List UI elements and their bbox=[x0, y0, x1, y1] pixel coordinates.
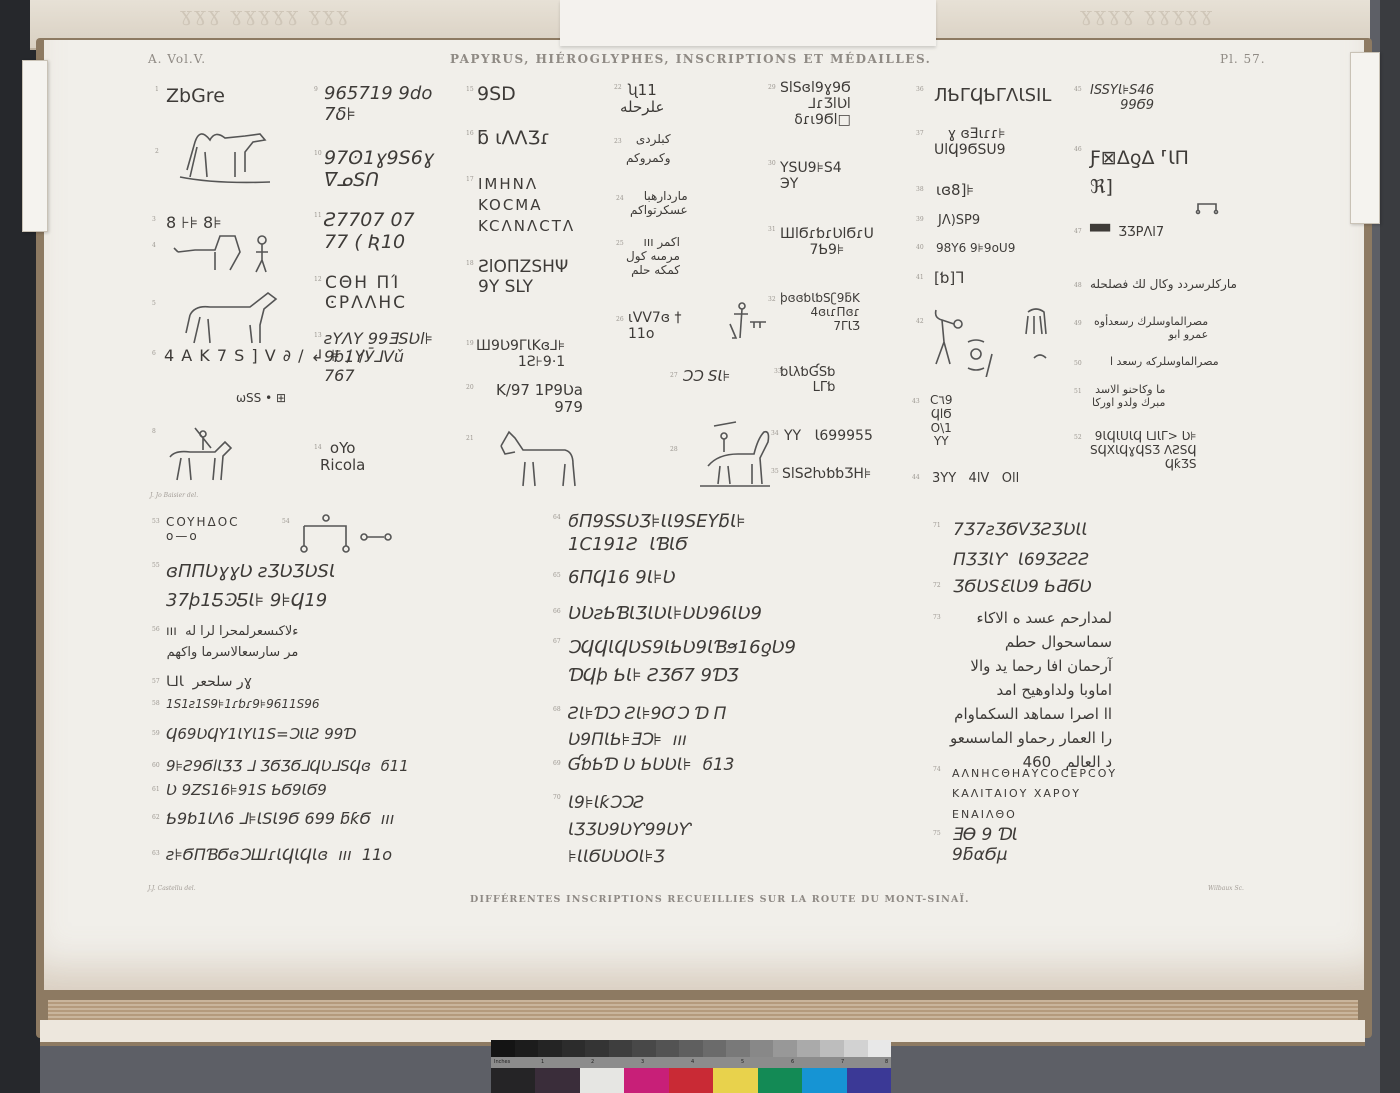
inscription-number: 68 bbox=[553, 706, 561, 713]
inscription-66: ƲƲƨƄƁƖƷƖƲƖ⊧ƲƲ96ƖƲ9 bbox=[568, 604, 762, 625]
color-swatch bbox=[669, 1068, 713, 1093]
inscription-number: 3 bbox=[152, 216, 156, 223]
paper-flag-left bbox=[22, 60, 48, 232]
inscription-26: ɩVV7ɞ † 11o bbox=[628, 310, 682, 342]
inscription-number: 69 bbox=[553, 760, 561, 767]
inscription-65: 6ΠϤ16 9Ɩ⊧Ʋ bbox=[568, 568, 675, 589]
inscription-59: Ϥ69ƲϤY1ƖYƖ1S=ƆƖƖƧ 99Ɗ bbox=[166, 726, 356, 743]
inscription-44: 3YY 4lV Oll bbox=[932, 472, 1019, 487]
inscription-number: 56 bbox=[152, 626, 160, 633]
inscription-number: 72 bbox=[933, 582, 941, 589]
section-title: PAPYRUS, HIÉROGLYPHES, INSCRIPTIONS ET M… bbox=[450, 52, 931, 66]
ruler-tick: 8 bbox=[885, 1059, 888, 1065]
inscription-number: 38 bbox=[916, 186, 924, 193]
inscription-34: YY Ɩ699955 bbox=[784, 428, 873, 444]
inscription-45: ISSYƖ⊧S46 99Ϭ9 bbox=[1090, 84, 1154, 114]
engraver-credit: Wilbaux Sc. bbox=[1208, 885, 1244, 892]
inscription-number: 43 bbox=[912, 398, 920, 405]
inscription-32: ϸɞɞƅƖƅSʗ9ƃK 4ɞɩɾΠɞɾ 7ΓƖƷ bbox=[780, 292, 860, 333]
inscription-number: 41 bbox=[916, 274, 924, 281]
inscription-number: 10 bbox=[314, 150, 322, 157]
color-swatch bbox=[624, 1068, 668, 1093]
inscription-46: Ƒ⊠ΔƍΔ ⸢ƖΠ ℜ] bbox=[1090, 144, 1189, 201]
gray-step bbox=[585, 1040, 609, 1057]
inscription-number: 28 bbox=[670, 446, 678, 453]
inscription-number: 25 bbox=[616, 240, 624, 247]
background-right bbox=[1380, 0, 1400, 1093]
inscription-number: 58 bbox=[152, 700, 160, 707]
inscription-68: ƧƖ⊧ƊƆ ƧƖ⊧9ƠƆ Ɗ Π Ʋ9ΠƖƄ⊧ƎƆ⊧ ııı bbox=[568, 702, 726, 753]
inscription-51: ما وكاحنو الاسد مبرك ولدو اوركا bbox=[1092, 384, 1165, 409]
figures-drawing bbox=[708, 300, 768, 349]
inscription-50: مصرالماوسلركه رسعد ا bbox=[1110, 356, 1219, 369]
inscription-72: ƷϬƲSƐƖƲ9 ƄƋϬƲ bbox=[953, 578, 1092, 598]
color-swatch bbox=[758, 1068, 802, 1093]
inscription-17: IMHNΛ KOCMΑ KCΛNΛCTΛ bbox=[478, 174, 575, 237]
ruler-tick: 3 bbox=[641, 1059, 644, 1065]
inscription-1: ZbGre bbox=[166, 86, 225, 108]
gray-step bbox=[538, 1040, 562, 1057]
inscription-56: ءلاكىسعرلمحرا لرا له ııı مر سارسعالاسرما… bbox=[166, 622, 298, 664]
inscription-16: ƃ ɩΛΛƷɾ bbox=[477, 128, 550, 150]
inscription-number: 15 bbox=[466, 86, 474, 93]
inscription-number: 64 bbox=[553, 514, 561, 521]
inscription-35: SlSƧƕƅƅƷΗ⊧ bbox=[782, 466, 871, 482]
gray-step bbox=[844, 1040, 868, 1057]
gray-step bbox=[750, 1040, 774, 1057]
inscription-29: SlSɞl9ɣ9Ϭ ⅃ɾƷlƲl δɾɩ9Ϭl□ bbox=[780, 80, 851, 128]
inscription-14: oYo Ricola bbox=[320, 440, 365, 475]
inscription-number: 29 bbox=[768, 84, 776, 91]
inscription-number: 39 bbox=[916, 216, 924, 223]
gray-step bbox=[820, 1040, 844, 1057]
ruler-tick: 2 bbox=[591, 1059, 594, 1065]
inscription-25: اكمر ııı مرمىه كول كمكه حلم bbox=[626, 236, 680, 277]
inscription-43: Ϲ٦9 ϤlϬ O\1 YY bbox=[930, 394, 952, 449]
inscription-11: Ƨ7707 07 77 ( Ʀ10 bbox=[324, 210, 415, 254]
inscription-60: 9⊧Ƨ9ϬlƖƷƷ ⅃ ƷϬƷϬ⅃ϤƲ⅃SϤɞ ϭ11 bbox=[166, 758, 409, 775]
inscription-number: 18 bbox=[466, 260, 474, 267]
inscription-number: 52 bbox=[1074, 434, 1082, 441]
inscription-22: ʯ11 علرحله bbox=[620, 82, 664, 117]
ruler-tick: 5 bbox=[741, 1059, 744, 1065]
inscription-number: 12 bbox=[314, 276, 322, 283]
gray-step bbox=[609, 1040, 633, 1057]
inscription-49: مصرالماوسلرك رسعدأوه عمرو ابو bbox=[1094, 316, 1208, 341]
camel-drawing bbox=[175, 122, 275, 196]
gray-step bbox=[515, 1040, 539, 1057]
small-bracket-glyph bbox=[1194, 200, 1220, 219]
inscription-64: ϭΠ9SSƲƷ⊧ƖƖ9SEYƃƖ⊧ 1C191Ƨ ƖƁƖϬ bbox=[568, 510, 746, 557]
paper-flag-right bbox=[1350, 52, 1380, 224]
inscription-36: ЛƄΓϤƄΓΛƖSIL bbox=[934, 86, 1051, 107]
inscription-number: 60 bbox=[152, 762, 160, 769]
inscription-74: ΑΛΝΗCΘΗΑΥCΟCΕΡCΟΥ ΚΑΛΙΤΑΙΟΥ ΧΑΡΟΥ ΕΝΑΙΛΘ… bbox=[952, 764, 1117, 825]
inscription-number: 40 bbox=[916, 244, 924, 251]
plate-caption: DIFFÉRENTES INSCRIPTIONS RECUEILLIES SUR… bbox=[470, 894, 970, 905]
draftsman-credit-bottom: J.J. Castellu del. bbox=[148, 885, 196, 892]
inscription-63: ƨ⊧ϬΠƁϬɞƆШɾƖϤƖϤƖɞ ııı 11o bbox=[166, 846, 392, 864]
inscription-12: ϹΘΗ ΠΊ ϾΡΛΛΗϹ bbox=[325, 274, 407, 313]
gray-step bbox=[726, 1040, 750, 1057]
inscription-number: 30 bbox=[768, 160, 776, 167]
animal-figure-drawing bbox=[170, 230, 275, 282]
inscription-number: 50 bbox=[1074, 360, 1082, 367]
inscription-number: 23 bbox=[614, 138, 622, 145]
horse-drawing bbox=[180, 285, 280, 351]
color-swatch bbox=[802, 1068, 846, 1093]
inscription-number: 49 bbox=[1074, 320, 1082, 327]
inscription-number: 71 bbox=[933, 522, 941, 529]
ruler-label: Inches bbox=[494, 1059, 510, 1065]
ruler-tick: 4 bbox=[691, 1059, 694, 1065]
inscription-24: ماردارهبا عسكرتواكم bbox=[630, 190, 688, 218]
inscription-number: 74 bbox=[933, 766, 941, 773]
inscription-number: 45 bbox=[1074, 86, 1082, 93]
gray-scale bbox=[491, 1040, 891, 1057]
inscription-number: 9 bbox=[314, 86, 318, 93]
inscription-number: 42 bbox=[916, 318, 924, 325]
inscription-number: 70 bbox=[553, 794, 561, 801]
inscription-number: 51 bbox=[1074, 388, 1082, 395]
inscription-number: 57 bbox=[152, 678, 160, 685]
inscription-55: ɞΠΠƲɣɣƲ ƨƷƲƷƲSƖ 37ϸ1ƼϿƼƖ⊧ 9⊧Ϥ19 bbox=[166, 558, 335, 616]
monogram-drawing bbox=[294, 512, 394, 558]
inscription-number: 35 bbox=[771, 468, 779, 475]
inscription-number: 37 bbox=[916, 130, 924, 137]
figure-hieroglyph-drawing bbox=[928, 302, 1058, 381]
inscription-number: 24 bbox=[616, 195, 624, 202]
inscription-number: 34 bbox=[771, 430, 779, 437]
ruler-tick: 6 bbox=[791, 1059, 794, 1065]
color-swatch bbox=[847, 1068, 891, 1093]
inscription-15: 9SD bbox=[477, 84, 516, 106]
color-swatch bbox=[713, 1068, 757, 1093]
inscription-number: 67 bbox=[553, 638, 561, 645]
inscription-number: 59 bbox=[152, 730, 160, 737]
inscription-number: 11 bbox=[314, 212, 322, 219]
rider-horse-drawing bbox=[165, 422, 240, 488]
gray-step bbox=[562, 1040, 586, 1057]
inscription-number: 61 bbox=[152, 786, 160, 793]
inscription-75: ƎƟ 9 ƊƖ 9ƃαϬμ bbox=[952, 826, 1018, 865]
inscription-number: 32 bbox=[768, 296, 776, 303]
horse-drawing-21 bbox=[495, 428, 580, 494]
ruler-tick: 7 bbox=[841, 1059, 844, 1065]
inscription-41: [ƅ]ᒣ bbox=[934, 270, 964, 287]
inscription-61: Ʋ 9ZS16⊧91S ƄϬ9ƖϬ9 bbox=[166, 782, 327, 799]
inscription-number: 6 bbox=[152, 350, 156, 357]
inscription-number: 73 bbox=[933, 614, 941, 621]
inscription-number: 63 bbox=[152, 850, 160, 857]
inscription-27: ϽϽ SƖ⊧ bbox=[682, 368, 731, 385]
inch-ruler: Inches 1 2 3 4 5 6 7 8 bbox=[491, 1057, 891, 1068]
color-calibration-target: Inches 1 2 3 4 5 6 7 8 bbox=[491, 1040, 891, 1093]
inscription-39: JΛ)SP9 bbox=[938, 214, 980, 229]
inscription-40: 98Y6 9⊧9oU9 bbox=[936, 242, 1015, 256]
inscription-37: ɣ ɞƎɩɾɾ⊧ UlϤ9ϬSU9 bbox=[934, 126, 1006, 158]
inscription-number: 27 bbox=[670, 372, 678, 379]
inscription-number: 5 bbox=[152, 300, 156, 307]
inscription-52: 9ƖϤƖUƖϤ Ɩ⅃ƖΓ> Ʋ⊧ SϤXƖϤɣϤSƷ ΛƧSϤ ϤƙƷS bbox=[1090, 430, 1197, 471]
inscription-number: 4 bbox=[152, 242, 156, 249]
gray-step bbox=[679, 1040, 703, 1057]
inscription-19: Ш9Ʋ9ΓƖΚɞ⅃⊧ 1Ƨ⊦9·1 bbox=[476, 338, 565, 370]
inscription-23: كبلردى وكمروكم bbox=[626, 130, 671, 168]
gray-step bbox=[868, 1040, 892, 1057]
inscription-number: 21 bbox=[466, 435, 474, 442]
inscription-57: ɣر سلحعر Ɩ⅃Ɩ bbox=[166, 674, 252, 690]
gray-step bbox=[632, 1040, 656, 1057]
inscription-20: K/97 1P9Ʋa 979 bbox=[496, 382, 583, 417]
ghost-text-right: ɣɣɣɣ ɣɣɣɣɣ bbox=[1080, 2, 1214, 26]
color-swatch bbox=[580, 1068, 624, 1093]
color-swatches bbox=[491, 1068, 891, 1093]
inscription-7: ωSS • ⊞ bbox=[236, 392, 286, 406]
inscription-67: ƆϤϤƖϤƲS9ƖƄƲ9ƖƁϧ16ƍƲ9 ƊϤϸ ƄƖ⊧ ƧƷϬ7 9ƊƷ bbox=[568, 634, 796, 690]
volume-label: A. Vol.V. bbox=[148, 52, 206, 66]
inscription-number: 48 bbox=[1074, 282, 1082, 289]
inscription-number: 66 bbox=[553, 608, 561, 615]
inscription-number: 31 bbox=[768, 226, 776, 233]
inscription-number: 75 bbox=[933, 830, 941, 837]
inscription-number: 17 bbox=[466, 176, 474, 183]
inscription-number: 8 bbox=[152, 428, 156, 435]
inscription-71: 7Ʒ7ƨƷϬVƷƧƷƲƖƖ ΠƷƷƖƳ Ɩ69ƷƧƧƧ bbox=[953, 516, 1089, 576]
inscription-number: 47 bbox=[1074, 228, 1082, 235]
inscription-73: لمدارحم عسد ه الاكاء سماسحوال حطم آرحمان… bbox=[950, 606, 1112, 774]
inscription-number: 26 bbox=[616, 316, 624, 323]
ruler-tick: 1 bbox=[541, 1059, 544, 1065]
inscription-33: ƅƖλƅƓSƅ LΓƅ bbox=[780, 366, 835, 396]
inscription-30: YSU9⊧Ѕ4 ЭY bbox=[780, 160, 842, 192]
inscription-number: 62 bbox=[152, 814, 160, 821]
inscription-69: ƓƅƄƊ Ʋ ƄƲƲƖ⊧ ϭ13 bbox=[568, 756, 734, 776]
inscription-9: 965719 9do 7δ⊧ bbox=[324, 84, 432, 125]
inscription-58: 1S1ƨ1S9⊧1ɾƅɾ9⊧9611S96 bbox=[166, 698, 320, 712]
inscription-number: 16 bbox=[466, 130, 474, 137]
inscription-48: ماركلرسردد وكال لك فصلحله bbox=[1090, 278, 1237, 292]
inscription-number: 13 bbox=[314, 332, 322, 339]
inscription-47: ▀▀ ƷƷPΛl7 bbox=[1090, 226, 1164, 241]
inscription-number: 53 bbox=[152, 518, 160, 525]
inscription-38: ɩɞ8]⊧ bbox=[936, 182, 974, 199]
inscription-number: 1 bbox=[155, 86, 159, 93]
draftsman-credit-top: J. Jo Baisier del. bbox=[150, 492, 198, 499]
inscription-53: COYHΔOC o—o bbox=[166, 516, 240, 544]
inscription-number: 54 bbox=[282, 518, 290, 525]
inscription-number: 19 bbox=[466, 340, 474, 347]
gray-step bbox=[797, 1040, 821, 1057]
inscription-18: ƧlΟΠZSHΨ 9Y SLY bbox=[478, 258, 568, 297]
gray-step bbox=[703, 1040, 727, 1057]
inscription-number: 55 bbox=[152, 562, 160, 569]
inscription-number: 20 bbox=[466, 384, 474, 391]
gray-step bbox=[491, 1040, 515, 1057]
inscription-number: 65 bbox=[553, 572, 561, 579]
color-swatch bbox=[535, 1068, 579, 1093]
gray-step bbox=[773, 1040, 797, 1057]
paper-slip-top bbox=[560, 0, 936, 46]
inscription-62: Ƅ9ƅ1ƖΛ6 ⅃⊧ƖSƖ9Ϭ 699 ƃƙϬ ııı bbox=[166, 810, 394, 828]
inscription-31: ШlϬɾƅɾƲlϬɾU 7Ƅ9⊧ bbox=[780, 226, 874, 258]
inscription-70: Ɩ9⊧ƖƙƆƆƧ ƖƷƷƲ9ƲƳ99ƲƳ ⊧ƖƖϬƲƲOƖ⊧Ʒ bbox=[568, 790, 691, 872]
inscription-13: ƨYΛY 99ƎSƲl⊧ 9ƀ1YӮ⅃Vǔ 767 bbox=[324, 330, 433, 385]
plate-number: Pl. 57. bbox=[1220, 52, 1266, 66]
inscription-number: 2 bbox=[155, 148, 159, 155]
rider-camel-drawing bbox=[698, 418, 773, 492]
color-swatch bbox=[491, 1068, 535, 1093]
inscription-number: 36 bbox=[916, 86, 924, 93]
inscription-number: 44 bbox=[912, 474, 920, 481]
inscription-10: 97ʘ1ɣ9S6ɣ ᐁᓄSᑎ bbox=[324, 148, 434, 192]
inscription-number: 46 bbox=[1074, 146, 1082, 153]
gray-step bbox=[656, 1040, 680, 1057]
ghost-text-left: ɣɣɣ ɣɣɣɣɣ ɣɣɣ bbox=[180, 2, 351, 26]
